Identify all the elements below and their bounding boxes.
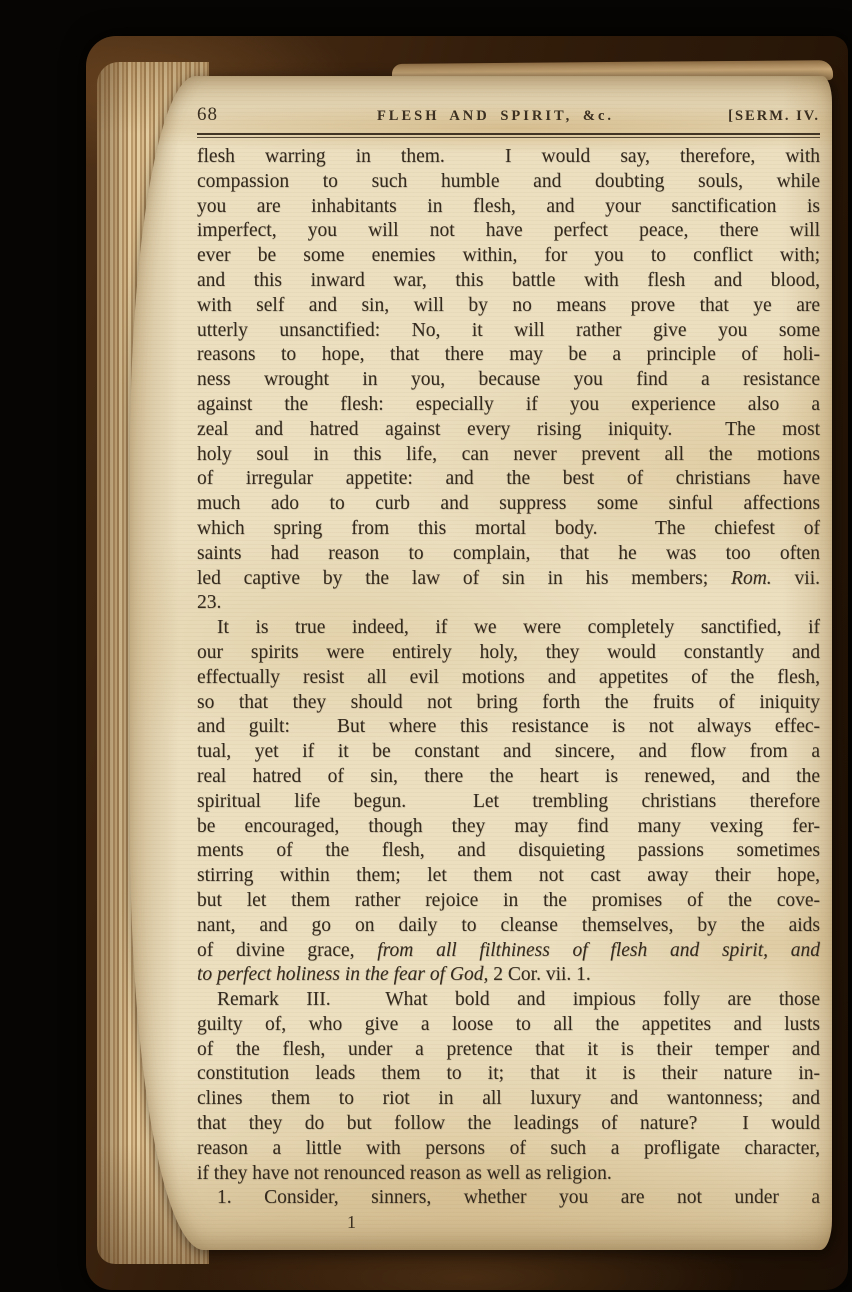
text-line: clines them to riot in all luxury and wa… <box>197 1087 820 1112</box>
text-line: of divine grace, from all filthiness of … <box>197 939 820 964</box>
text-line: reasons to hope, that there may be a pri… <box>197 343 820 368</box>
text-line: against the flesh: especially if you exp… <box>197 393 820 418</box>
text-line: constitution leads them to it; that it i… <box>197 1062 820 1087</box>
text-block: flesh warring in them. I would say, ther… <box>197 145 820 1211</box>
book-page: 68 FLESH AND SPIRIT, &c. [SERM. IV. fles… <box>130 76 832 1250</box>
text-line: and this inward war, this battle with fl… <box>197 269 820 294</box>
text-line: imperfect, you will not have perfect pea… <box>197 219 820 244</box>
text-line: compassion to such humble and doubting s… <box>197 170 820 195</box>
text-line: that they do but follow the leadings of … <box>197 1112 820 1137</box>
text-line: Remark III. What bold and impious folly … <box>197 988 820 1013</box>
text-line: of the flesh, under a pretence that it i… <box>197 1038 820 1063</box>
text-line: but let them rather rejoice in the promi… <box>197 889 820 914</box>
text-line: spiritual life begun. Let trembling chri… <box>197 790 820 815</box>
text-line: tual, yet if it be constant and sincere,… <box>197 740 820 765</box>
section-label: [SERM. IV. <box>702 108 820 125</box>
text-line: 1. Consider, sinners, whether you are no… <box>197 1186 820 1211</box>
text-line: guilty of, who give a loose to all the a… <box>197 1013 820 1038</box>
text-line: effectually resist all evil motions and … <box>197 666 820 691</box>
text-line: holy soul in this life, can never preven… <box>197 443 820 468</box>
text-line: of irregular appetite: and the best of c… <box>197 467 820 492</box>
text-line: led captive by the law of sin in his mem… <box>197 567 820 592</box>
page-header: 68 FLESH AND SPIRIT, &c. [SERM. IV. <box>197 104 820 126</box>
text-line: ness wrought in you, because you find a … <box>197 368 820 393</box>
paragraph: 1. Consider, sinners, whether you are no… <box>197 1186 820 1211</box>
text-line: reason a little with persons of such a p… <box>197 1137 820 1162</box>
text-line: to perfect holiness in the fear of God, … <box>197 963 820 988</box>
text-line: stirring within them; let them not cast … <box>197 864 820 889</box>
text-line: you are inhabitants in flesh, and your s… <box>197 195 820 220</box>
text-line: much ado to curb and suppress some sinfu… <box>197 492 820 517</box>
text-line: real hatred of sin, there the heart is r… <box>197 765 820 790</box>
text-line: so that they should not bring forth the … <box>197 691 820 716</box>
text-line: nant, and go on daily to cleanse themsel… <box>197 914 820 939</box>
text-line: zeal and hatred against every rising ini… <box>197 418 820 443</box>
scanned-book-photo: 68 FLESH AND SPIRIT, &c. [SERM. IV. fles… <box>0 0 852 1292</box>
text-line: be encouraged, though they may find many… <box>197 815 820 840</box>
text-line: saints had reason to complain, that he w… <box>197 542 820 567</box>
text-line: It is true indeed, if we were completely… <box>197 616 820 641</box>
text-line: our spirits were entirely holy, they wou… <box>197 641 820 666</box>
paragraph: flesh warring in them. I would say, ther… <box>197 145 820 616</box>
text-line: flesh warring in them. I would say, ther… <box>197 145 820 170</box>
signature-mark: 1 <box>197 1212 820 1233</box>
text-line: 23. <box>197 591 820 616</box>
header-rule <box>197 133 820 138</box>
page-content: 68 FLESH AND SPIRIT, &c. [SERM. IV. fles… <box>197 104 820 1233</box>
text-line: and guilt: But where this resistance is … <box>197 715 820 740</box>
text-line: ments of the flesh, and disquieting pass… <box>197 839 820 864</box>
paragraph: Remark III. What bold and impious folly … <box>197 988 820 1186</box>
text-line: utterly unsanctified: No, it will rather… <box>197 319 820 344</box>
text-line: ever be some enemies within, for you to … <box>197 244 820 269</box>
text-line: which spring from this mortal body. The … <box>197 517 820 542</box>
paragraph: It is true indeed, if we were completely… <box>197 616 820 988</box>
running-title: FLESH AND SPIRIT, &c. <box>289 108 702 125</box>
text-line: if they have not renounced reason as wel… <box>197 1162 820 1187</box>
page-number: 68 <box>197 104 289 126</box>
text-line: with self and sin, will by no means prov… <box>197 294 820 319</box>
